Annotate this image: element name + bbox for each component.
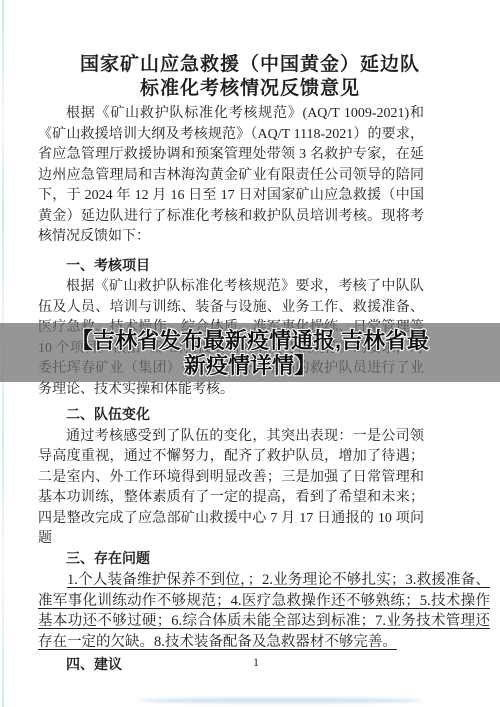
section-body-existing-problems: 1.个人装备维护保养不到位，；2.业务理论不够扎实；3.救援准备、准军事化训练动… xyxy=(38,570,490,652)
page-number: 1 xyxy=(0,655,500,670)
section-heading-existing-problems: 三、存在问题 xyxy=(38,550,424,571)
scanned-document-page: 国家矿山应急救援（中国黄金）延边队 标准化考核情况反馈意见 根据《矿山救护队标准… xyxy=(0,0,500,707)
news-watermark-banner: 【吉林省发布最新疫情通报,吉林省最 新疫情详情】 xyxy=(0,323,500,382)
intro-paragraph: 根据《矿山救护队标准化考核规范》(AQ/T 1009-2021)和《矿山救援培训… xyxy=(38,104,424,248)
document-title: 国家矿山应急救援（中国黄金）延边队 标准化考核情况反馈意见 xyxy=(0,53,500,101)
section-heading-team-changes: 二、队伍变化 xyxy=(38,406,424,427)
scan-bottom-smudge-artifact xyxy=(138,698,423,703)
section-body-team-changes: 通过考核感受到了队伍的变化，其突出表现：一是公司领导高度重视，通过不懈努力，配齐… xyxy=(38,427,424,550)
watermark-text-line2: 新疫情详情】 xyxy=(184,353,316,378)
document-title-line2: 标准化考核情况反馈意见 xyxy=(0,77,500,101)
section-heading-assessment-items: 一、考核项目 xyxy=(38,257,424,278)
watermark-text-line1: 【吉林省发布最新疫情通报,吉林省最 xyxy=(71,328,429,353)
document-title-line1: 国家矿山应急救援（中国黄金）延边队 xyxy=(0,53,500,77)
document-body: 根据《矿山救护队标准化考核规范》(AQ/T 1009-2021)和《矿山救援培训… xyxy=(38,104,424,677)
